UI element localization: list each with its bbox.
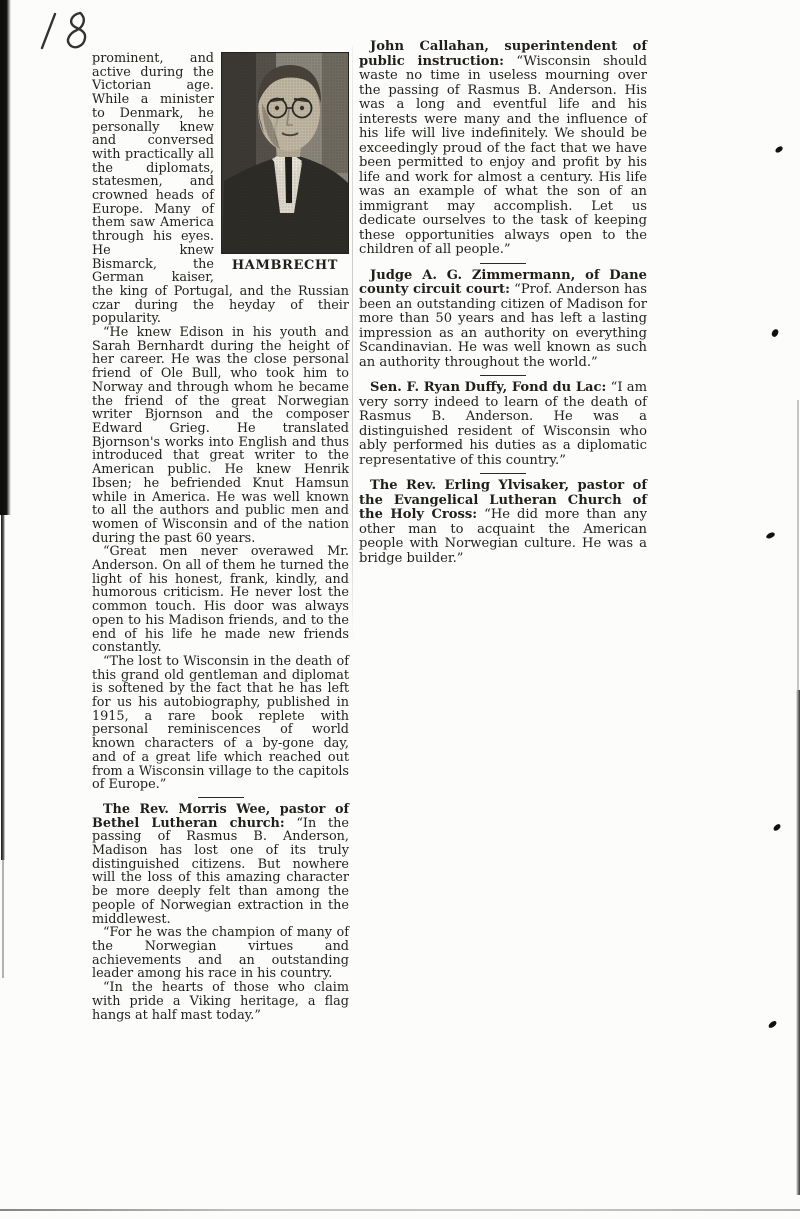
ink-speck	[765, 532, 775, 540]
news-photo-block: HAMBRECHT	[221, 52, 349, 273]
scan-edge-left	[0, 0, 11, 515]
paragraph-autobiography: “The lost to Wisconsin in the death of t…	[92, 655, 349, 792]
section-divider	[480, 473, 526, 474]
tribute-wee-text: “In the passing of Rasmus B. Anderson, M…	[92, 816, 349, 927]
article-column-left: HAMBRECHT prominent, and active during t…	[92, 52, 349, 1022]
tribute-wee: The Rev. Morris Wee, pastor of Bethel Lu…	[92, 803, 349, 926]
scan-edge-left-mid	[1, 515, 5, 860]
paragraph-edison: “He knew Edison in his youth and Sarah B…	[92, 326, 349, 545]
ink-speck	[774, 145, 783, 153]
ink-speck	[771, 328, 779, 337]
scan-edge-left-fade	[2, 858, 4, 978]
scan-bottom-line	[0, 1209, 800, 1211]
tribute-callahan-text: “Wisconsin should waste no time in usele…	[359, 54, 647, 258]
photo-caption: HAMBRECHT	[221, 258, 349, 273]
ink-speck	[767, 1020, 777, 1029]
handwritten-page-number	[34, 8, 94, 60]
section-divider	[480, 375, 526, 376]
tribute-zimmermann: Judge A. G. Zimmermann, of Dane county c…	[359, 269, 647, 371]
tribute-duffy-lead: Sen. F. Ryan Duffy, Fond du Lac:	[370, 380, 606, 395]
scan-edge-right-faint	[797, 400, 799, 690]
newspaper-clipping-page: HAMBRECHT prominent, and active during t…	[0, 0, 800, 1219]
section-divider	[480, 263, 526, 264]
ink-speck	[772, 823, 781, 832]
tribute-callahan: John Callahan, superintendent of public …	[359, 40, 647, 258]
scan-edge-right	[796, 690, 800, 1195]
tribute-wee-para-3: “In the hearts of those who claim with p…	[92, 981, 349, 1022]
section-divider	[198, 797, 244, 798]
column-rule	[352, 46, 353, 642]
tribute-wee-para-2: “For he was the champion of many of the …	[92, 926, 349, 981]
tribute-ylvisaker: The Rev. Erling Ylvisaker, pastor of the…	[359, 479, 647, 566]
article-column-right: John Callahan, superintendent of public …	[359, 40, 647, 566]
portrait-photo	[221, 52, 349, 254]
paragraph-great-men: “Great men never overawed Mr. Anderson. …	[92, 545, 349, 655]
tribute-duffy: Sen. F. Ryan Duffy, Fond du Lac: “I am v…	[359, 381, 647, 468]
